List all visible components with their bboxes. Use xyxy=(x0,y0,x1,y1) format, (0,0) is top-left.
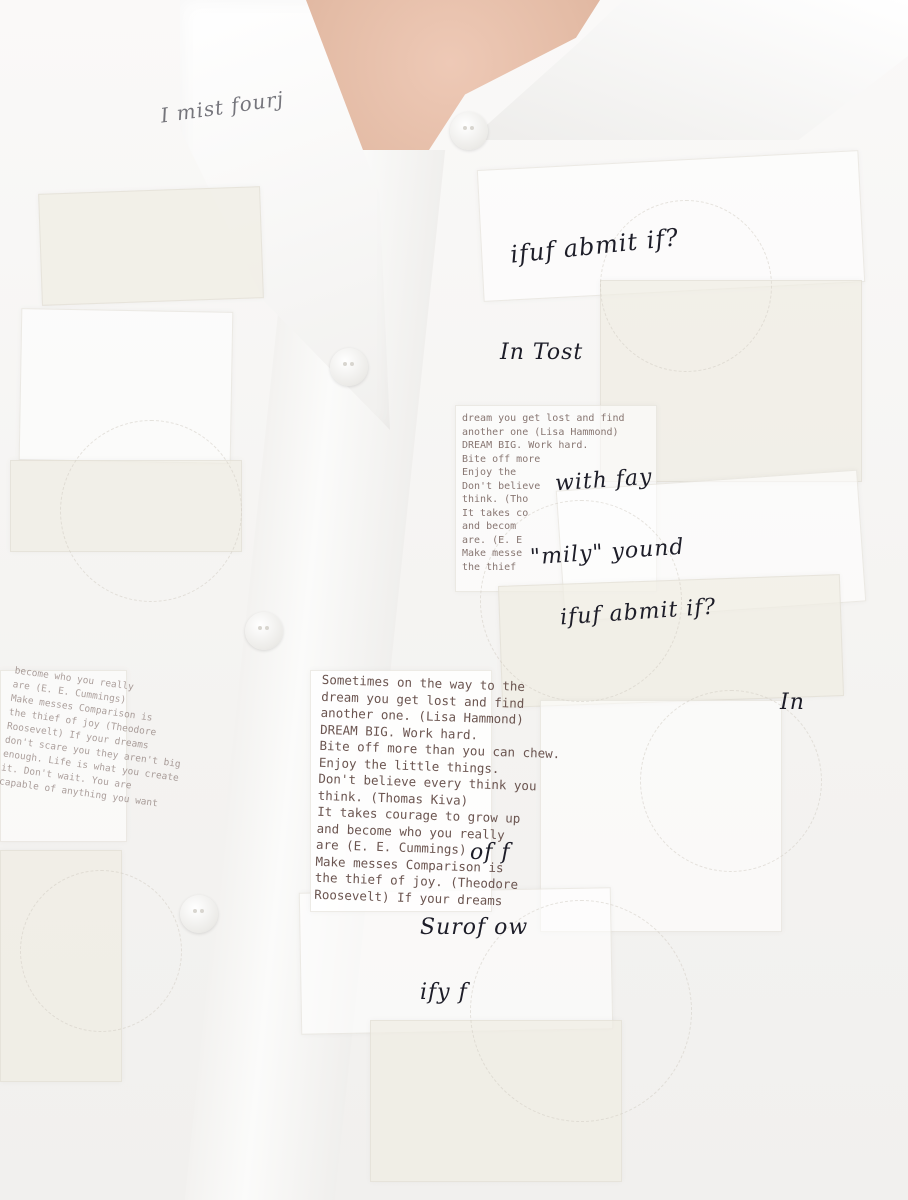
script-text: of f xyxy=(470,840,511,865)
fabric-patch xyxy=(38,186,264,306)
shirt-photo: Sometimes on the way to the dream you ge… xyxy=(0,0,908,1200)
script-text: Surof ow xyxy=(420,915,528,940)
script-text: ify f xyxy=(420,980,468,1005)
shirt-button xyxy=(330,348,368,386)
embroidery-stitch xyxy=(20,870,182,1032)
embroidery-stitch xyxy=(600,200,772,372)
script-text: In xyxy=(780,690,805,715)
embroidery-stitch xyxy=(640,690,822,872)
left-quote-text: become who you really are (E. E. Cumming… xyxy=(0,664,191,813)
shirt-button xyxy=(450,112,488,150)
shirt-button xyxy=(245,612,283,650)
embroidery-stitch xyxy=(60,420,242,602)
script-text: In Tost xyxy=(500,340,583,365)
center-quote-text: Sometimes on the way to the dream you ge… xyxy=(314,672,563,911)
shirt-button xyxy=(180,895,218,933)
